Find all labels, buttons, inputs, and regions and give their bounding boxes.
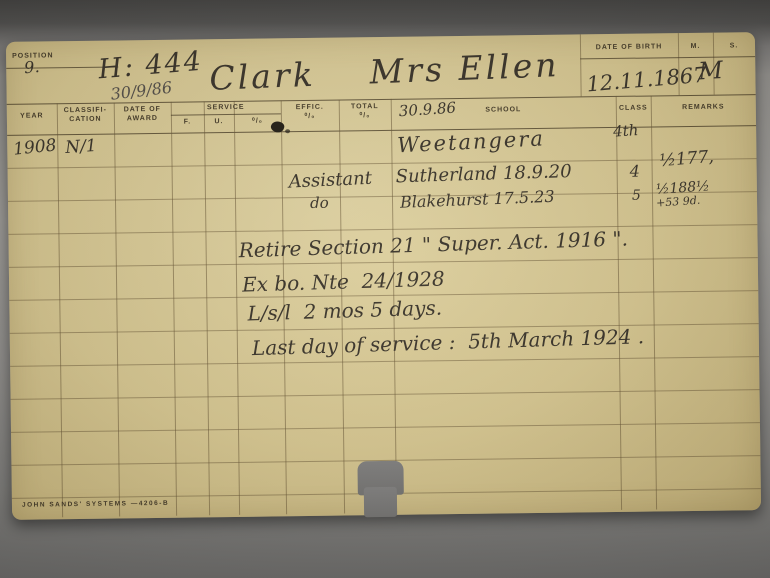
total-line2: ⁰/₀ [359,112,370,119]
punch-notch-bottom [364,487,397,517]
note-exco-handwriting: Ex bo. Nte 24/1928 [242,268,445,294]
grid-line [57,103,63,517]
note-lastday-handwriting: Last day of service : 5th March 1924 . [252,326,645,358]
effic-column-header: EFFIC. ⁰/₀ [281,103,339,122]
grid-line [204,101,210,515]
printer-imprint: JOHN SANDS' SYSTEMS —4206-B [22,499,169,510]
remarks-column-header: REMARKS [651,102,756,112]
dob-box-line [580,56,755,59]
marital-status-handwriting: M [698,58,724,84]
service-column-header: SERVICE [171,102,281,112]
married-column-label: M. [678,42,713,51]
record-card-photo: POSITION DATE OF BIRTH M. S. YEAR CLASSI… [0,0,770,578]
award-line1: DATE OF [124,106,161,113]
school-row3-handwriting: Blakehurst 17.5.23 [400,189,555,211]
total-line1: TOTAL [351,103,379,110]
remark-row2-handwriting: ½177, [659,149,715,170]
class-row1-handwriting: 4th [613,123,639,140]
grid-line [114,103,120,517]
effic-line2: ⁰/₀ [304,113,315,120]
service-underline [171,113,281,115]
record-card: POSITION DATE OF BIRTH M. S. YEAR CLASSI… [6,32,761,520]
dob-value-handwriting: 12.11.1867 [586,65,708,96]
ink-blot-small [285,129,290,133]
grid-line [8,158,757,169]
registry-number-handwriting: H: 444 [97,48,204,84]
year-column-header: YEAR [7,111,57,121]
registry-date-handwriting: 30/9/86 [110,80,173,103]
role-row3-handwriting: do [310,196,329,211]
class-column-header: CLASS [616,103,651,112]
classification-line2: CATION [69,116,101,123]
grid-line [10,356,759,367]
service-f-subheader: F. [171,117,204,126]
classification-column-header: CLASSIFI- CATION [57,106,114,125]
grid-line [7,125,756,136]
total-column-header: TOTAL ⁰/₀ [339,102,391,121]
single-column-label: S. [713,41,755,51]
remark-row3b-handwriting: +53 9d. [656,195,701,209]
school-row2-handwriting: Sutherland 18.9.20 [395,163,572,186]
classification-line1: CLASSIFI- [64,107,107,115]
classification-value-handwriting: N/1 [65,138,97,157]
position-value-handwriting: 9. [24,59,41,76]
grid-line [11,422,760,433]
dob-label: DATE OF BIRTH [580,42,678,52]
school-row1-handwriting: Weetangera [397,128,545,156]
note-leave-handwriting: L/s/l 2 mos 5 days. [247,298,442,324]
class-row3-handwriting: 5 [632,189,641,203]
grid-line [171,102,177,516]
grid-line [234,101,240,515]
award-line2: AWARD [127,115,158,122]
role-row2-handwriting: Assistant [288,170,372,192]
grid-line [11,389,760,400]
service-u-subheader: U. [204,117,234,126]
award-column-header: DATE OF AWARD [114,105,171,124]
school-date-note-handwriting: 30.9.86 [398,101,456,120]
grid-line [651,95,657,509]
grid-line [9,257,758,268]
class-row2-handwriting: 4 [630,164,640,180]
grid-line [616,96,622,510]
note-retire-handwriting: Retire Section 21 " Super. Act. 1916 ". [238,228,628,260]
effic-line1: EFFIC. [296,104,324,111]
year-value-handwriting: 1908 [13,137,58,158]
name-handwriting: Clark Mrs Ellen [209,48,560,95]
grid-line [8,191,757,202]
